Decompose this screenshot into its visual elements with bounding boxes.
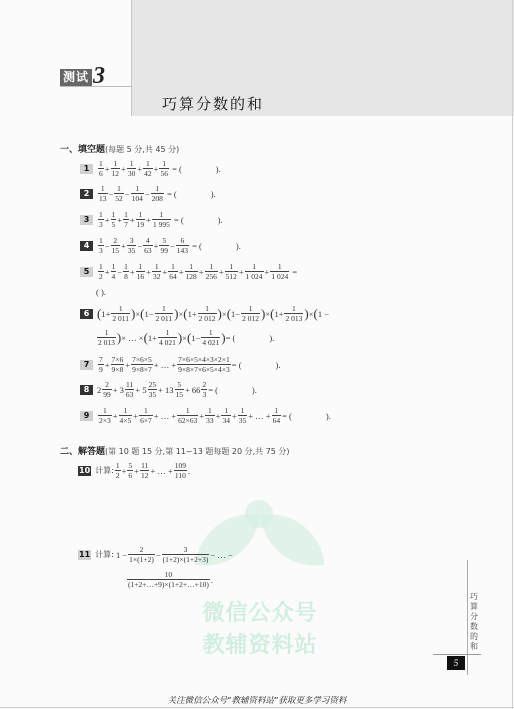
bottom-rule xyxy=(0,707,514,708)
watermark-leaf-left-icon xyxy=(195,506,260,575)
question-1: 1 16+ 112+ 130+ 142+ 156 = ( ). 1/6 + 1/… xyxy=(80,159,221,178)
problem-10: 10 计算: 12+ 56+ 1112+ … + 109110. 1/2 + 5… xyxy=(78,461,190,480)
watermark-line2: 教辅资料站 xyxy=(195,628,325,659)
question-4: 4 13− 215+ 335− 463+ 599− 6143 = ( ). 1/… xyxy=(80,236,241,255)
footer-note: 关注微信公众号“教辅资料站”获取更多学习资料 xyxy=(0,694,514,706)
problem-number-badge: 11 xyxy=(78,550,91,560)
question-number-badge: 4 xyxy=(80,241,93,251)
problem-11-line2: 10(1+2+…+9)×(1+2+…+10). 10/((1+2+…+9)×(1… xyxy=(126,570,213,589)
page-edge-rule xyxy=(512,0,513,709)
test-number: 3 xyxy=(93,66,105,86)
page-number-rule xyxy=(433,654,481,655)
question-number-badge: 3 xyxy=(80,215,93,225)
question-3: 3 13+ 15+ 17+ 119+ 11 995 = ( ). 1/3 + 1… xyxy=(80,210,223,229)
test-label: 测试 3 xyxy=(60,69,105,86)
watermark-line1: 微信公众号 xyxy=(195,596,325,627)
problem-11-label: 计算: xyxy=(95,549,114,560)
section-2-note: (第 10 题 15 分,第 11~13 题每题 20 分,共 75 分) xyxy=(105,447,290,456)
test-tag: 测试 xyxy=(60,69,92,86)
question-number-badge: 1 xyxy=(80,164,93,174)
section-1-heading: 一、填空题(每题 5 分,共 45 分) xyxy=(60,142,179,155)
watermark-leaf-right-icon xyxy=(260,506,325,575)
question-9: 9 12×3+ 14×5+ 16×7+ … + 162×63+ 133+ 134… xyxy=(80,406,331,425)
page-number: 5 xyxy=(447,656,465,670)
question-5: 5 12+ 14− 18+ 116+ 132+ 164+ 1128+ 1256+… xyxy=(80,262,297,281)
question-number-badge: 6 xyxy=(80,309,93,319)
watermark-dot-icon xyxy=(245,500,273,528)
problem-10-label: 计算: xyxy=(95,465,114,476)
question-8: 8 2299+ 31163+ 52535+ 13515+ 6623= ( ). … xyxy=(80,380,257,399)
section-2-heading: 二、解答题(第 10 题 15 分,第 11~13 题每题 20 分,共 75 … xyxy=(60,444,290,457)
question-number-badge: 9 xyxy=(80,411,93,421)
section-1-note: (每题 5 分,共 45 分) xyxy=(105,145,179,154)
section-2-title: 二、解答题 xyxy=(60,447,105,457)
question-5-line2: ( ). xyxy=(96,287,106,297)
question-2: 2 113− 152− 1104− 1208 = ( ). 1/13 − 1/5… xyxy=(80,184,216,203)
watermark: 微信公众号 教辅资料站 xyxy=(195,500,325,660)
question-7: 7 79+ 7×69×8+ 7×6×59×8×7+ … + 7×6×5×4×3×… xyxy=(80,355,281,374)
chapter-title: 巧算分数的和 xyxy=(162,93,264,114)
question-6-line2: 12 013)× … × (1+14 021)× (1−14 021)= ( )… xyxy=(96,328,274,347)
question-number-badge: 2 xyxy=(80,189,93,199)
document-page: 测试 3 巧算分数的和 微信公众号 教辅资料站 一、填空题(每题 5 分,共 4… xyxy=(0,0,514,709)
question-number-badge: 5 xyxy=(80,267,93,277)
sidebar-title: 巧算分数的和 xyxy=(470,592,480,652)
question-number-badge: 8 xyxy=(80,385,93,395)
section-1-title: 一、填空题 xyxy=(60,145,105,155)
problem-11: 11 计算: 1 − 21×(1+2)− 3(1+2)×(1+2+3)− … −… xyxy=(78,545,233,564)
sidebar-rule xyxy=(467,560,468,675)
problem-number-badge: 10 xyxy=(78,466,91,476)
header-divider xyxy=(60,86,132,87)
question-6: 6 (1+12 011)× (1−12 011)× (1+12 012)× (1… xyxy=(80,304,329,323)
question-number-badge: 7 xyxy=(80,360,93,370)
